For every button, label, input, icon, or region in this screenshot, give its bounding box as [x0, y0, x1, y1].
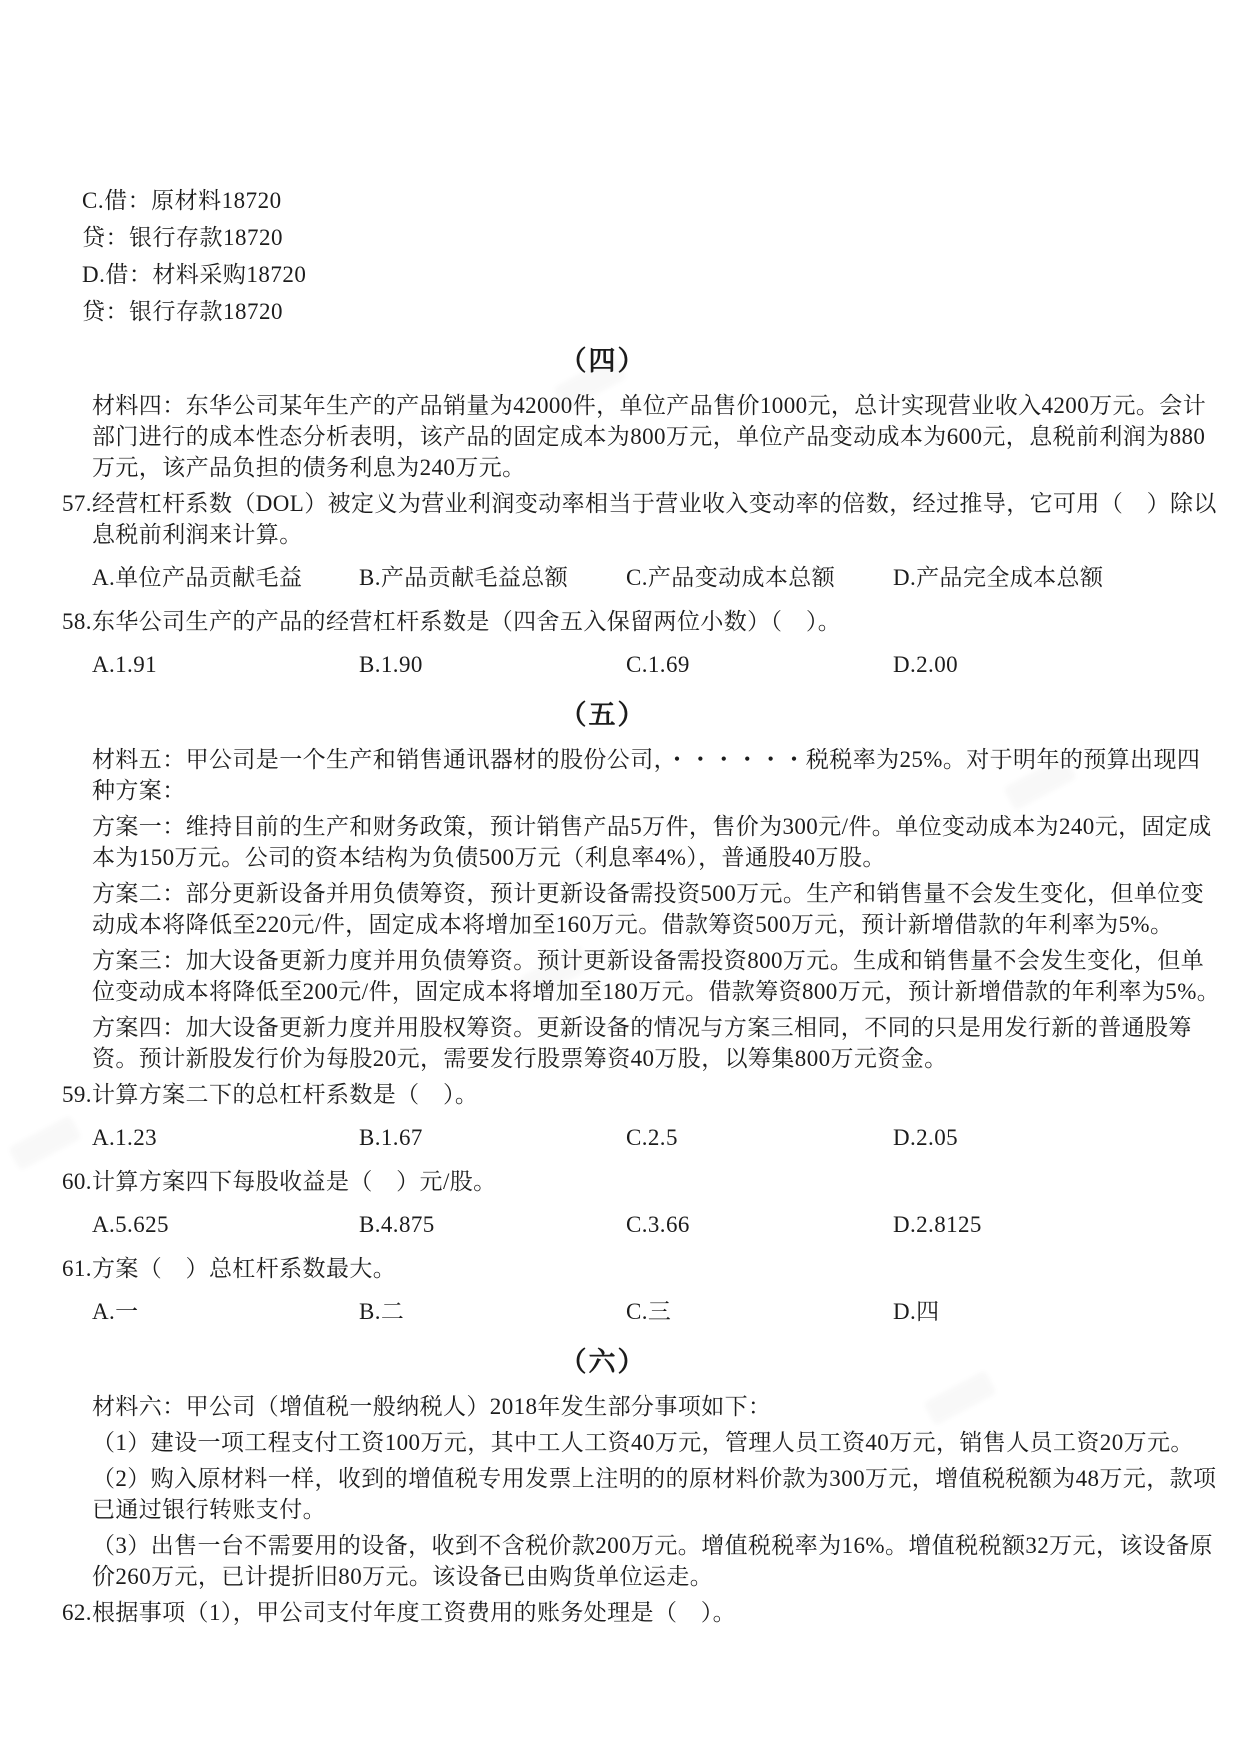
question-59-options: A.1.23 B.1.67 C.2.5 D.2.05: [92, 1123, 1184, 1153]
plan-three-paragraph: 方案三：加大设备更新力度并用负债筹资。预计更新设备需投资800万元。生成和销售量…: [62, 945, 1184, 1007]
journal-entry-line: 贷：银行存款18720: [82, 295, 1184, 329]
option-61-a: A.一: [92, 1297, 359, 1327]
material-six-item-2-line: 已通过银行转账支付。: [92, 1494, 1184, 1525]
exam-content: C.借：原材料18720 贷：银行存款18720 D.借：材料采购18720 贷…: [62, 184, 1184, 1633]
material-four-paragraph: 材料四：东华公司某年生产的产品销量为42000件，单位产品售价1000元，总计实…: [62, 390, 1184, 483]
option-58-c: C.1.69: [626, 650, 893, 680]
material-six-line: 材料六：甲公司（增值税一般纳税人）2018年发生部分事项如下：: [92, 1391, 1184, 1422]
plan-four-line: 方案四：加大设备更新力度并用股权筹资。更新设备的情况与方案三相同，不同的只是用发…: [92, 1012, 1184, 1043]
material-four-line: 部门进行的成本性态分析表明，该产品的固定成本为800万元，单位产品变动成本为60…: [92, 421, 1184, 452]
question-59-text: 59.计算方案二下的总杠杆系数是（ ）。: [62, 1079, 1184, 1110]
section-six-heading: （六）: [62, 1340, 1144, 1379]
material-four-line: 万元，该产品负担的债务利息为240万元。: [92, 452, 1184, 483]
question-57-text-cont: 息税前利润来计算。: [92, 519, 1184, 550]
plan-one-line: 方案一：维持目前的生产和财务政策，预计销售产品5万件，售价为300元/件。单位变…: [92, 811, 1184, 842]
journal-entry-line: C.借：原材料18720: [82, 184, 1184, 218]
material-six-item-1-line: （1）建设一项工程支付工资100万元，其中工人工资40万元，管理人员工资40万元…: [92, 1427, 1184, 1458]
question-60-text: 60.计算方案四下每股收益是（ ）元/股。: [62, 1166, 1184, 1197]
option-57-a: A.单位产品贡献毛益: [92, 563, 359, 593]
plan-one-line: 本为150万元。公司的资本结构为负债500万元（利息率4%），普通股40万股。: [92, 842, 1184, 873]
material-six-item-2: （2）购入原材料一样，收到的增值税专用发票上注明的的原材料价款为300万元，增值…: [62, 1463, 1184, 1525]
material-five-line: 材料五：甲公司是一个生产和销售通讯器材的股份公司，・・・・・・税税率为25%。对…: [92, 744, 1184, 775]
plan-four-paragraph: 方案四：加大设备更新力度并用股权筹资。更新设备的情况与方案三相同，不同的只是用发…: [62, 1012, 1184, 1074]
option-57-c: C.产品变动成本总额: [626, 563, 893, 593]
question-58-text: 58.东华公司生产的产品的经营杠杆系数是（四舍五入保留两位小数）（ ）。: [62, 606, 1184, 637]
plan-three-line: 方案三：加大设备更新力度并用负债筹资。预计更新设备需投资800万元。生成和销售量…: [92, 945, 1184, 976]
plan-three-line: 位变动成本将降低至200元/件，固定成本将增加至180万元。借款筹资800万元，…: [92, 976, 1184, 1007]
journal-entries-block: C.借：原材料18720 贷：银行存款18720 D.借：材料采购18720 贷…: [62, 184, 1184, 329]
option-60-a: A.5.625: [92, 1210, 359, 1240]
material-five-paragraph: 材料五：甲公司是一个生产和销售通讯器材的股份公司，・・・・・・税税率为25%。对…: [62, 744, 1184, 806]
question-58-options: A.1.91 B.1.90 C.1.69 D.2.00: [92, 650, 1184, 680]
question-62: 62.根据事项（1），甲公司支付年度工资费用的账务处理是（ ）。: [62, 1597, 1184, 1628]
question-58: 58.东华公司生产的产品的经营杠杆系数是（四舍五入保留两位小数）（ ）。 A.1…: [62, 606, 1184, 680]
option-59-d: D.2.05: [893, 1123, 1160, 1153]
question-59: 59.计算方案二下的总杠杆系数是（ ）。 A.1.23 B.1.67 C.2.5…: [62, 1079, 1184, 1153]
material-six-item-2-line: （2）购入原材料一样，收到的增值税专用发票上注明的的原材料价款为300万元，增值…: [92, 1463, 1184, 1494]
plan-one-paragraph: 方案一：维持目前的生产和财务政策，预计销售产品5万件，售价为300元/件。单位变…: [62, 811, 1184, 873]
option-61-d: D.四: [893, 1297, 1160, 1327]
material-four-line: 材料四：东华公司某年生产的产品销量为42000件，单位产品售价1000元，总计实…: [92, 390, 1184, 421]
plan-four-line: 资。预计新股发行价为每股20元，需要发行股票筹资40万股，以筹集800万元资金。: [92, 1043, 1184, 1074]
plan-two-paragraph: 方案二：部分更新设备并用负债筹资，预计更新设备需投资500万元。生产和销售量不会…: [62, 878, 1184, 940]
option-57-d: D.产品完全成本总额: [893, 563, 1160, 593]
journal-entry-line: D.借：材料采购18720: [82, 258, 1184, 292]
plan-two-line: 动成本将降低至220元/件，固定成本将增加至160万元。借款筹资500万元，预计…: [92, 909, 1184, 940]
question-57-text: 57.经营杠杆系数（DOL）被定义为营业利润变动率相当于营业收入变动率的倍数，经…: [62, 488, 1184, 519]
option-59-b: B.1.67: [359, 1123, 626, 1153]
material-six-paragraph: 材料六：甲公司（增值税一般纳税人）2018年发生部分事项如下：: [62, 1391, 1184, 1422]
option-58-a: A.1.91: [92, 650, 359, 680]
option-58-d: D.2.00: [893, 650, 1160, 680]
option-59-a: A.1.23: [92, 1123, 359, 1153]
plan-two-line: 方案二：部分更新设备并用负债筹资，预计更新设备需投资500万元。生产和销售量不会…: [92, 878, 1184, 909]
question-61: 61.方案（ ）总杠杆系数最大。 A.一 B.二 C.三 D.四: [62, 1253, 1184, 1327]
option-58-b: B.1.90: [359, 650, 626, 680]
question-60-options: A.5.625 B.4.875 C.3.66 D.2.8125: [92, 1210, 1184, 1240]
material-five-line: 种方案：: [92, 775, 1184, 806]
section-four-heading: （四）: [62, 339, 1144, 378]
journal-entry-line: 贷：银行存款18720: [82, 221, 1184, 255]
option-57-b: B.产品贡献毛益总额: [359, 563, 626, 593]
option-61-b: B.二: [359, 1297, 626, 1327]
question-57-options: A.单位产品贡献毛益 B.产品贡献毛益总额 C.产品变动成本总额 D.产品完全成…: [92, 563, 1184, 593]
question-60: 60.计算方案四下每股收益是（ ）元/股。 A.5.625 B.4.875 C.…: [62, 1166, 1184, 1240]
option-61-c: C.三: [626, 1297, 893, 1327]
option-60-d: D.2.8125: [893, 1210, 1160, 1240]
question-57: 57.经营杠杆系数（DOL）被定义为营业利润变动率相当于营业收入变动率的倍数，经…: [62, 488, 1184, 593]
material-six-item-3: （3）出售一台不需要用的设备，收到不含税价款200万元。增值税税率为16%。增值…: [62, 1530, 1184, 1592]
material-six-item-3-line: （3）出售一台不需要用的设备，收到不含税价款200万元。增值税税率为16%。增值…: [92, 1530, 1184, 1561]
material-six-item-1: （1）建设一项工程支付工资100万元，其中工人工资40万元，管理人员工资40万元…: [62, 1427, 1184, 1458]
question-61-options: A.一 B.二 C.三 D.四: [92, 1297, 1184, 1327]
document-page: C.借：原材料18720 贷：银行存款18720 D.借：材料采购18720 贷…: [0, 0, 1240, 1754]
section-five-heading: （五）: [62, 693, 1144, 732]
question-61-text: 61.方案（ ）总杠杆系数最大。: [62, 1253, 1184, 1284]
question-62-text: 62.根据事项（1），甲公司支付年度工资费用的账务处理是（ ）。: [62, 1597, 1184, 1628]
option-60-b: B.4.875: [359, 1210, 626, 1240]
option-60-c: C.3.66: [626, 1210, 893, 1240]
material-six-item-3-line: 价260万元，已计提折旧80万元。该设备已由购货单位运走。: [92, 1561, 1184, 1592]
option-59-c: C.2.5: [626, 1123, 893, 1153]
